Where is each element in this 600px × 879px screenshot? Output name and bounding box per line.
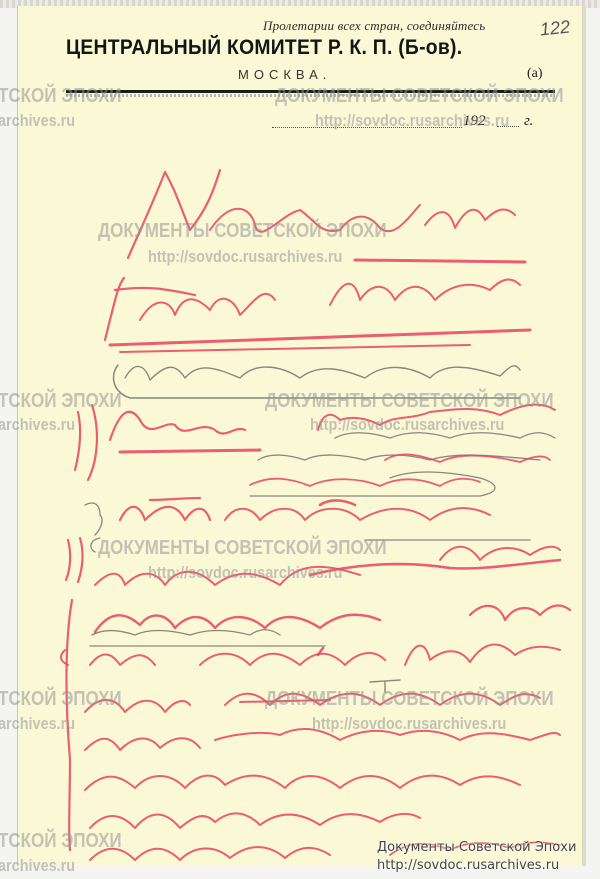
watermark-url: http://sovdoc.rusarchives.ru <box>312 714 506 734</box>
letterhead-motto: Пролетарии всех стран, соединяйтесь <box>263 18 485 34</box>
watermark-url: archives.ru <box>0 714 75 734</box>
letterhead-city: МОСКВА. <box>238 67 331 82</box>
watermark-title: ТСКОЙ ЭПОХИ <box>0 85 122 108</box>
watermark-title: ТСКОЙ ЭПОХИ <box>0 830 122 853</box>
watermark-corner-title: Документы Советской Эпохи <box>377 840 576 855</box>
watermark-url: http://sovdoc.rusarchives.ru <box>315 111 509 131</box>
watermark-url: http://sovdoc.rusarchives.ru <box>148 247 342 267</box>
watermark-title: ТСКОЙ ЭПОХИ <box>0 390 122 413</box>
watermark-title: ДОКУМЕНТЫ СОВЕТСКОЙ ЭПОХИ <box>265 688 554 711</box>
watermark-title: ДОКУМЕНТЫ СОВЕТСКОЙ ЭПОХИ <box>265 390 554 413</box>
letterhead-organization: ЦЕНТРАЛЬНЫЙ КОМИТЕТ Р. К. П. (Б-ов). <box>66 36 462 60</box>
watermark-url: archives.ru <box>0 856 75 876</box>
watermark-url: http://sovdoc.rusarchives.ru <box>148 563 342 583</box>
archive-page-number: 122 <box>539 16 571 40</box>
date-suffix: г. <box>524 113 533 130</box>
watermark-url: http://sovdoc.rusarchives.ru <box>310 415 504 435</box>
watermark-url: archives.ru <box>0 415 75 435</box>
letterhead-series-mark: (a) <box>527 66 543 82</box>
watermark-url: archives.ru <box>0 111 75 131</box>
watermark-title: ТСКОЙ ЭПОХИ <box>0 688 122 711</box>
watermark-title: ДОКУМЕНТЫ СОВЕТСКОЙ ЭПОХИ <box>98 220 387 243</box>
document-page <box>17 6 583 866</box>
watermark-corner-url: http://sovdoc.rusarchives.ru <box>377 858 559 873</box>
watermark-title: ДОКУМЕНТЫ СОВЕТСКОЙ ЭПОХИ <box>98 537 387 560</box>
page-edge <box>583 6 586 866</box>
watermark-title: ДОКУМЕНТЫ СОВЕТСКОЙ ЭПОХИ <box>275 85 564 108</box>
